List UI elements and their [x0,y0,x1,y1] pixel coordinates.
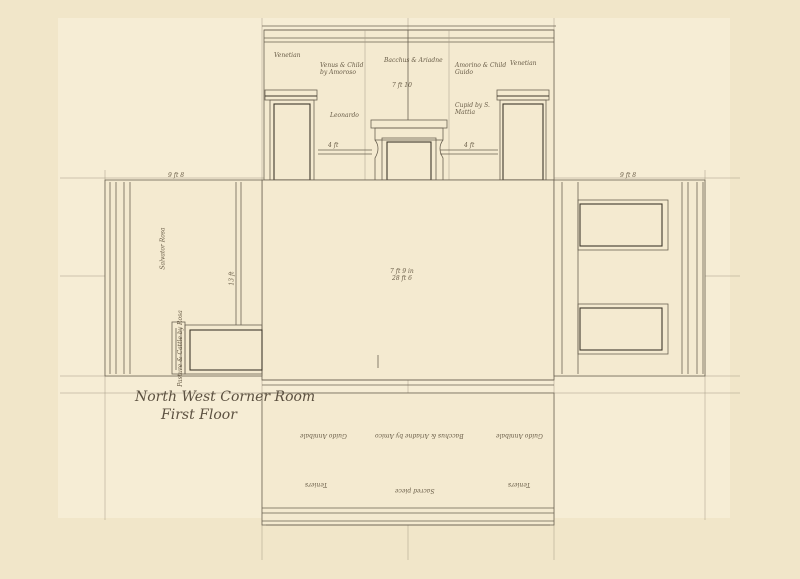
annotation-bottom-left-low: Teniers [305,481,327,488]
center-dimension-2: 28 ft 6 [392,275,412,282]
north-wall-elevation [262,26,556,180]
annotation-top-right-door: Amorino & Child Guido [455,62,515,76]
left-wall-height: 13 ft [229,271,236,285]
annotation-lower-right: Cupid by S. Mattia [455,102,500,116]
annotation-top-left-door: Venus & Child by Amoroso [320,62,370,76]
chair-rail-left: 4 ft [328,142,338,149]
annotation-left-wall-center: Salvator Rosa [160,227,167,269]
annotation-top-center: Bacchus & Ariadne [384,57,443,64]
architectural-drawing-sheet: North West Corner Room First Floor Venet… [0,0,800,579]
center-dimension-1: 7 ft 9 in [390,268,414,275]
east-wall-elevation [554,180,705,376]
annotation-bottom-right: Guido Annibale [496,432,543,439]
annotation-bottom-left: Guido Annibale [300,432,347,439]
title-line-2: First Floor [135,406,315,424]
annotation-top-left: Venetian [274,52,301,59]
drawing-title: North West Corner Room First Floor [135,388,315,424]
chair-rail-right: 4 ft [464,142,474,149]
right-wall-width: 9 ft 8 [620,172,636,179]
annotation-bottom-center: Bacchus & Ariadne by Amico [375,432,464,439]
left-wall-width: 9 ft 8 [168,172,184,179]
annotation-bottom-right-low: Teniers [508,481,530,488]
annotation-left-wall-lower: Pasture & Cattle by Rosa [177,310,184,387]
fireplace-dimension: 7 ft 10 [392,82,412,89]
floor-plan-center [262,180,554,385]
title-line-1: North West Corner Room [135,388,315,406]
annotation-bottom-center-low: Sacred piece [395,487,434,494]
annotation-lower-left: Leonardo [330,112,359,119]
